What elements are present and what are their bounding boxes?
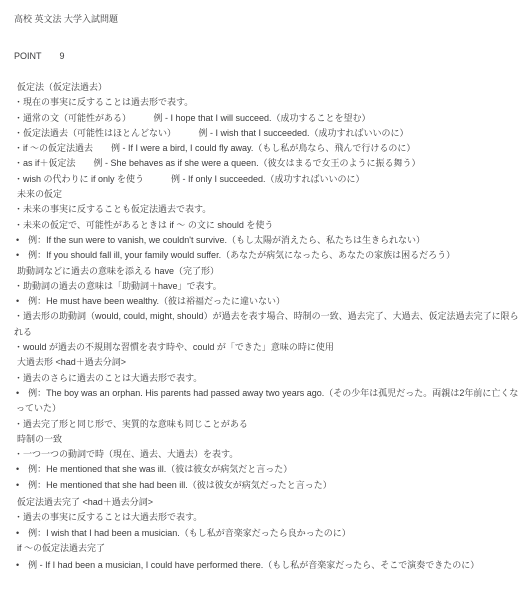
section-heading: 仮定法（仮定法過去） bbox=[14, 80, 520, 95]
document-body: 仮定法（仮定法過去） ・現在の事実に反することは過去形で表す。 ・通常の文（可能… bbox=[14, 80, 520, 574]
section-heading: 大過去形 <had＋過去分詞> bbox=[14, 355, 520, 370]
text-line: ・助動詞の過去の意味は「助動詞＋have」で表す。 bbox=[14, 279, 520, 294]
point-number: 9 bbox=[60, 51, 65, 61]
text-line: ・仮定法過去（可能性はほとんどない） 例 - I wish that I suc… bbox=[14, 126, 520, 141]
example-line: • 例：He mentioned that she had been ill.（… bbox=[14, 478, 520, 493]
example-line: • 例 - If I had been a musician, I could … bbox=[14, 558, 520, 573]
example-line: • 例：If you should fall ill, your family … bbox=[14, 248, 520, 263]
text-line: ・would が過去の不規則な習慣を表す時や、could が「できた」意味の時に… bbox=[14, 340, 520, 355]
text-line: ・過去のさらに過去のことは大過去形で表す。 bbox=[14, 371, 520, 386]
section-heading: 未来の仮定 bbox=[14, 187, 520, 202]
example-line: • 例：He must have been wealthy.（彼は裕福だったに違… bbox=[14, 294, 520, 309]
example-line: • 例：The boy was an orphan. His parents h… bbox=[14, 386, 520, 417]
text-line: ・過去の事実に反することは大過去形で表す。 bbox=[14, 510, 520, 525]
example-line: • 例：I wish that I had been a musician.（も… bbox=[14, 526, 520, 541]
section-heading: 時制の一致 bbox=[14, 432, 520, 447]
section-heading: 助動詞などに過去の意味を添える have（完了形） bbox=[14, 264, 520, 279]
text-line: ・if ～の仮定法過去 例 - If I were a bird, I coul… bbox=[14, 141, 520, 156]
section-heading: 仮定法過去完了 <had＋過去分詞> bbox=[14, 495, 520, 510]
text-line: ・未来の事実に反することも仮定法過去で表す。 bbox=[14, 202, 520, 217]
text-line: ・過去完了形と同じ形で、実質的な意味も同じことがある bbox=[14, 417, 520, 432]
text-line: ・現在の事実に反することは過去形で表す。 bbox=[14, 95, 520, 110]
text-line: ・未来の仮定で、可能性があるときは if ～ の文に should を使う bbox=[14, 218, 520, 233]
document-title: 高校 英文法 大学入試問題 bbox=[14, 12, 520, 27]
text-line: ・一つ一つの動詞で時（現在、過去、大過去）を表す。 bbox=[14, 447, 520, 462]
document-page: 高校 英文法 大学入試問題 POINT9 仮定法（仮定法過去） ・現在の事実に反… bbox=[0, 0, 530, 574]
text-line: ・通常の文（可能性がある） 例 - I hope that I will suc… bbox=[14, 111, 520, 126]
text-line: ・as if＋仮定法 例 - She behaves as if she wer… bbox=[14, 156, 520, 171]
point-heading: POINT9 bbox=[14, 49, 520, 64]
text-line: ・wish の代わりに if only を使う 例 - If only I su… bbox=[14, 172, 520, 187]
section-heading: if ～の仮定法過去完了 bbox=[14, 541, 520, 556]
point-label: POINT bbox=[14, 51, 42, 61]
example-line: • 例：If the sun were to vanish, we couldn… bbox=[14, 233, 520, 248]
text-line: ・過去形の助動詞（would, could, might, should）が過去… bbox=[14, 309, 520, 340]
example-line: • 例：He mentioned that she was ill.（彼は彼女が… bbox=[14, 462, 520, 477]
